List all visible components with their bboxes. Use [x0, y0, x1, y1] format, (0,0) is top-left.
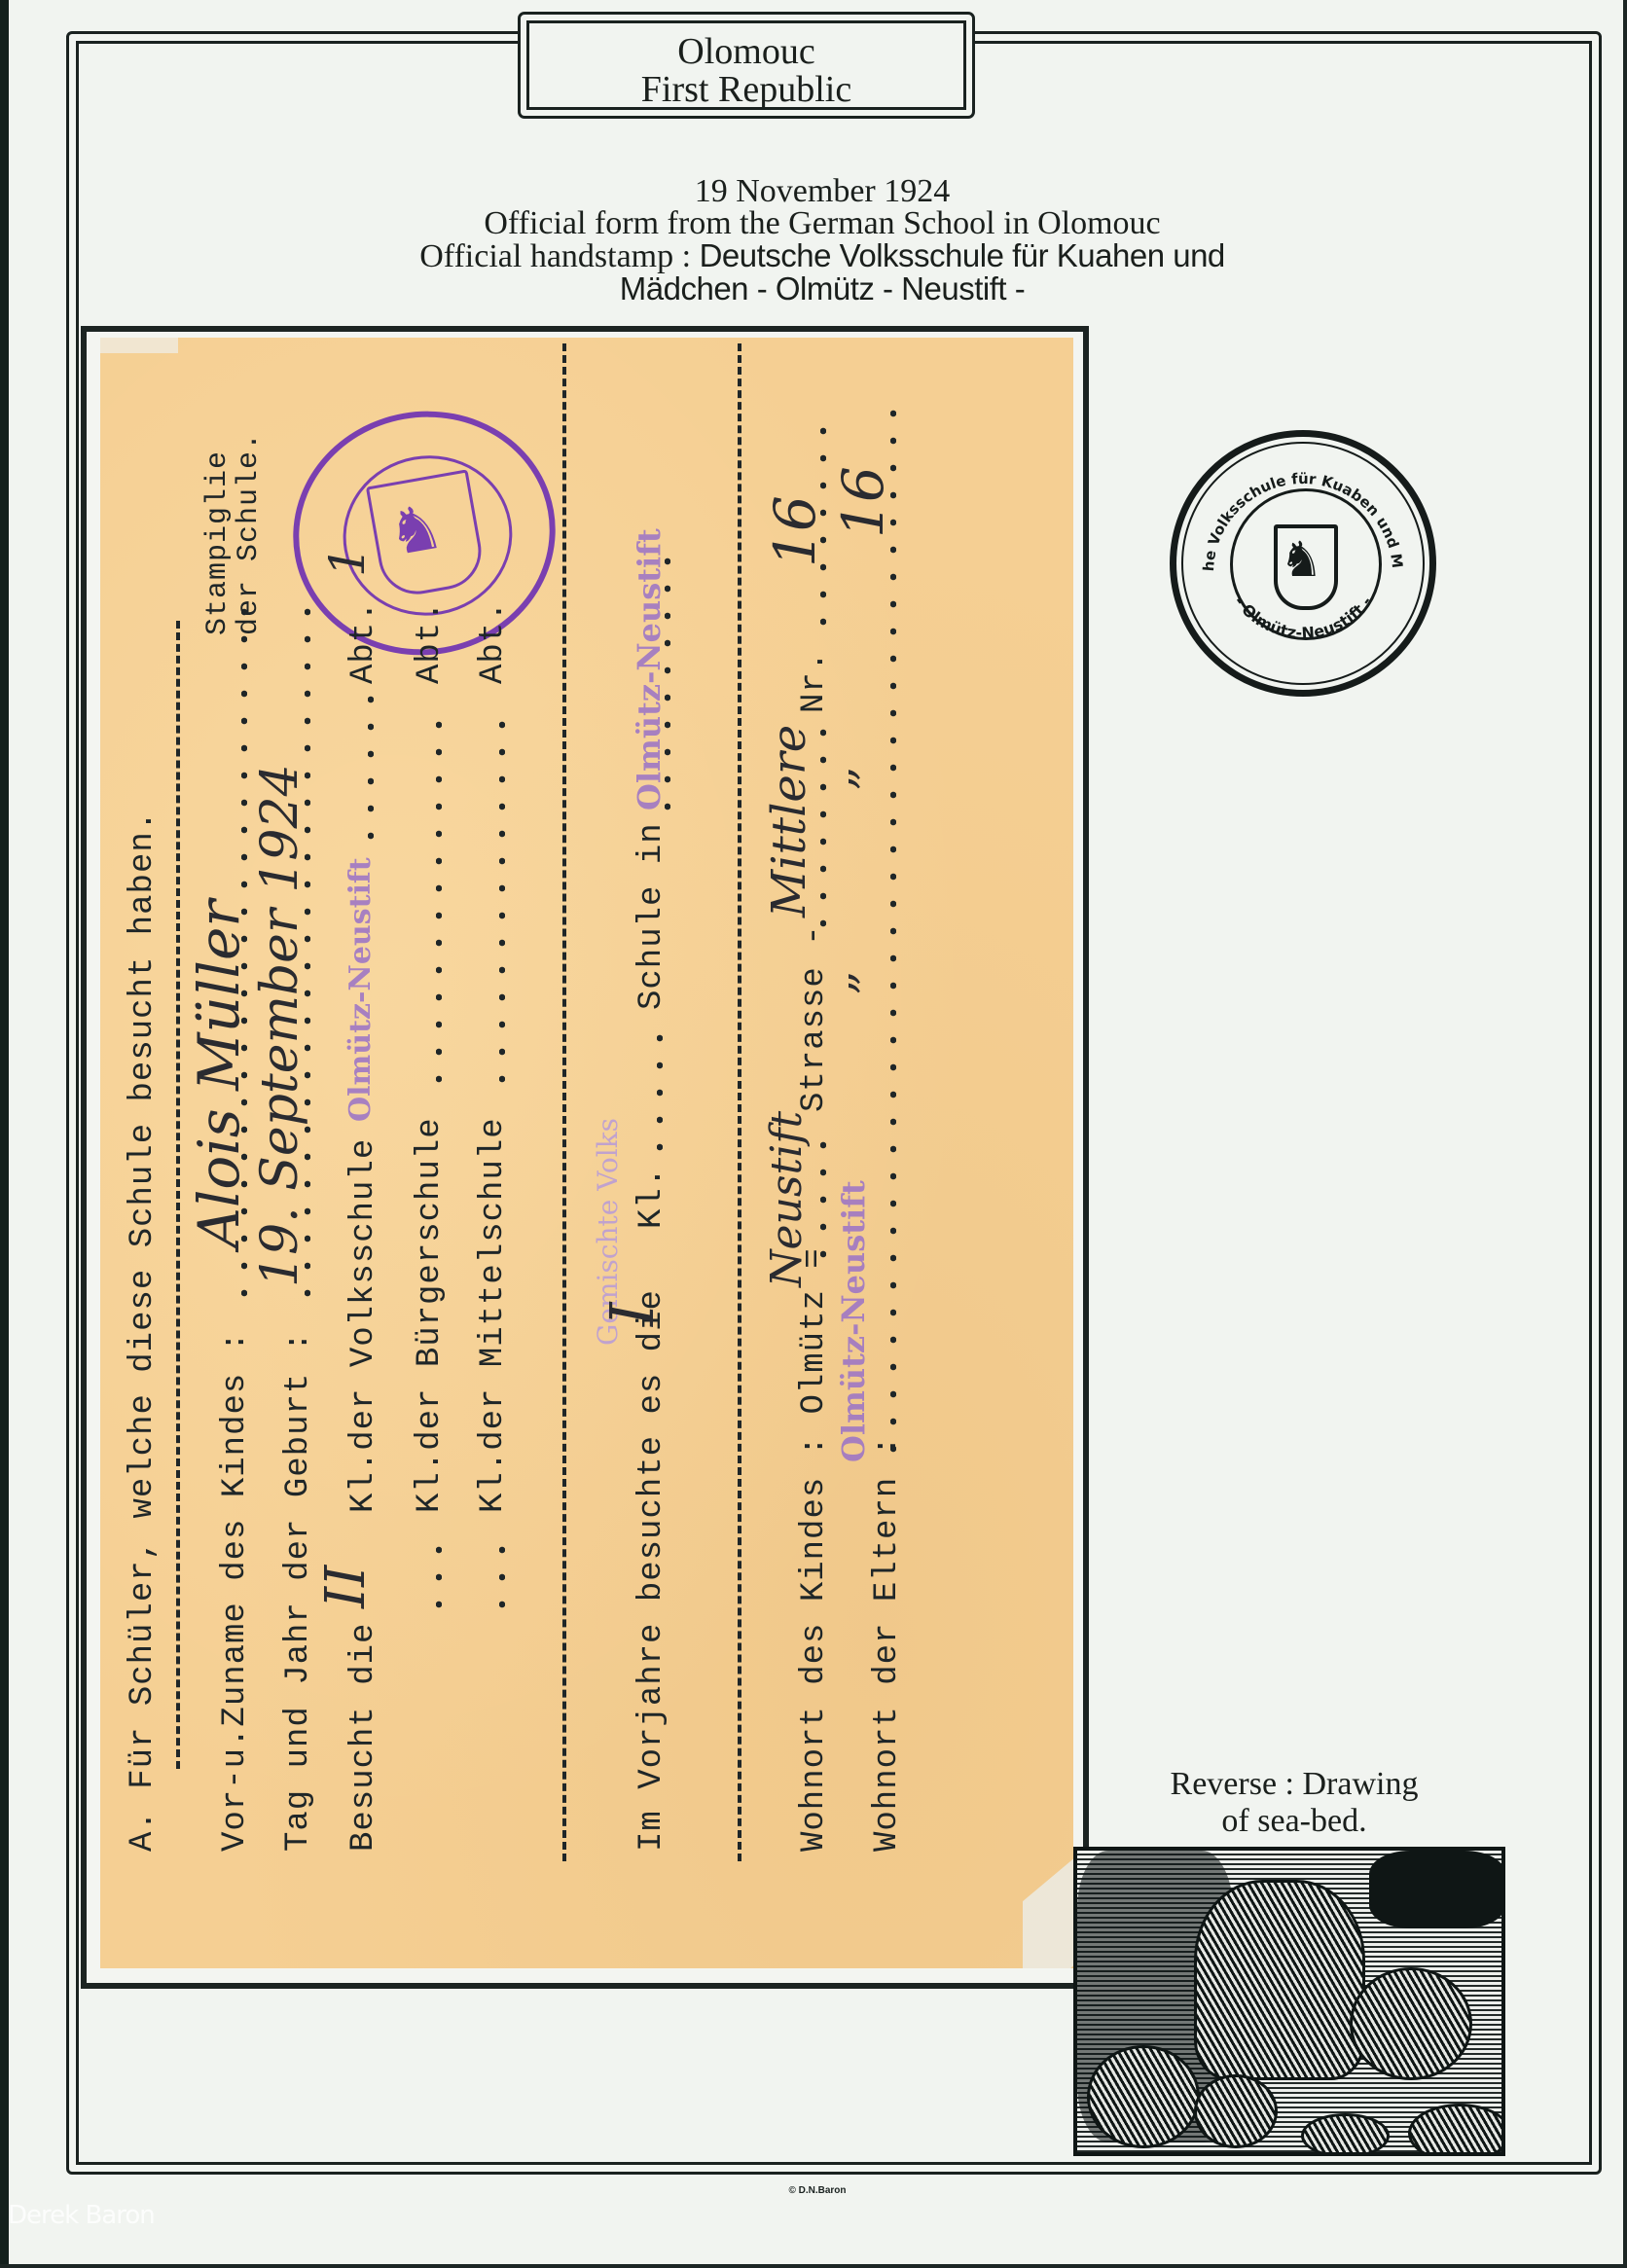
- child-residence-district: Neustift: [762, 1111, 812, 1287]
- school-form-content: A. Für Schüler, welche diese Schule besu…: [100, 338, 1073, 1968]
- page-subtitle: First Republic: [521, 70, 972, 109]
- child-residence-label: Wohnort des Kindes : Olmütz =: [796, 1247, 833, 1852]
- scan-edge-left: [0, 0, 9, 2268]
- section-rule-2: [738, 343, 741, 1861]
- item-caption: 19 November 1924 Official form from the …: [292, 175, 1353, 305]
- caption-date: 19 November 1924: [292, 175, 1353, 207]
- abt-label: Abt.: [345, 600, 382, 684]
- sea-bed-drawing: [1073, 1847, 1505, 2156]
- copyright: © D.N.Baron: [759, 2185, 876, 2196]
- street-label: Strasse -: [796, 924, 833, 1112]
- scallop-shell: [1194, 2074, 1278, 2148]
- clam-shell: [1194, 1880, 1365, 2080]
- prev-year-class: I: [597, 1303, 668, 1327]
- heading-rule: [176, 621, 180, 1769]
- scan-edge-bottom: [0, 2264, 1627, 2268]
- abt-value: 1: [319, 546, 376, 577]
- scan-edge-right: [1623, 0, 1627, 2268]
- name-value: Alois Müller: [186, 900, 252, 1248]
- volksschule-label: Kl.der Volksschule: [345, 1138, 382, 1513]
- buergerschule-label: Kl.der Bürgerschule: [412, 1117, 449, 1513]
- caption-handstamp: Official handstamp : Deutsche Volksschul…: [292, 239, 1353, 272]
- attends-label: Besucht die: [345, 1623, 382, 1852]
- form-mount: A. Für Schüler, welche diese Schule besu…: [81, 326, 1089, 1989]
- ditto-mark: ”: [840, 767, 894, 791]
- name-label: Vor-u.Zuname des Kindes :: [217, 1331, 254, 1852]
- form-heading: A. Für Schüler, welche diese Schule besu…: [125, 810, 162, 1852]
- page-title: Olomouc: [521, 32, 972, 71]
- prev-school-place-stamp: Olmütz-Neustift: [631, 528, 668, 810]
- shell: [1408, 2104, 1505, 2156]
- volksschule-place-stamp: Olmütz-Neustift: [343, 857, 378, 1122]
- lion-emblem-icon: ♞: [1280, 530, 1323, 589]
- section-rule-1: [562, 343, 566, 1861]
- parents-residence-stamp: Olmütz-Neustift: [835, 1180, 872, 1462]
- school-form-card: A. Für Schüler, welche diese Schule besu…: [100, 338, 1073, 1968]
- shell: [1301, 2113, 1390, 2156]
- caption-handstamp-cont: Mädchen - Olmütz - Neustift -: [292, 272, 1353, 305]
- birth-label: Tag und Jahr der Geburt :: [280, 1331, 317, 1852]
- caption-description: Official form from the German School in …: [292, 207, 1353, 239]
- prev-year-label: Im Vorjahre besuchte es die: [633, 1289, 670, 1852]
- scallop-shell: [1087, 2045, 1200, 2148]
- parents-nr-value: 16: [830, 466, 896, 538]
- page-title-box: Olomouc First Republic: [518, 12, 975, 119]
- birth-value: 19. September 1924: [251, 764, 309, 1287]
- mittelschule-label: Kl.der Mittelschule: [475, 1117, 512, 1513]
- prev-school-label: Schule in: [633, 822, 670, 1010]
- reverse-caption: Reverse : Drawing of sea-bed.: [1090, 1766, 1499, 1840]
- watermark: Derek Baron: [8, 2201, 155, 2230]
- nr-value: 16: [762, 495, 828, 567]
- handstamp-seal-illustration: Deutsche Volksschule für Kuaben und Mädc…: [1170, 430, 1436, 697]
- attends-class: II: [314, 1566, 378, 1608]
- ditto-mark: ”: [840, 971, 894, 995]
- stamp-label: Stampiglie der Schule.: [202, 432, 265, 635]
- crab: [1350, 1967, 1472, 2080]
- parents-residence-label: Wohnort der Eltern :: [869, 1435, 906, 1852]
- nr-label: Nr.: [796, 651, 833, 713]
- street-value: Mittlere: [762, 725, 816, 918]
